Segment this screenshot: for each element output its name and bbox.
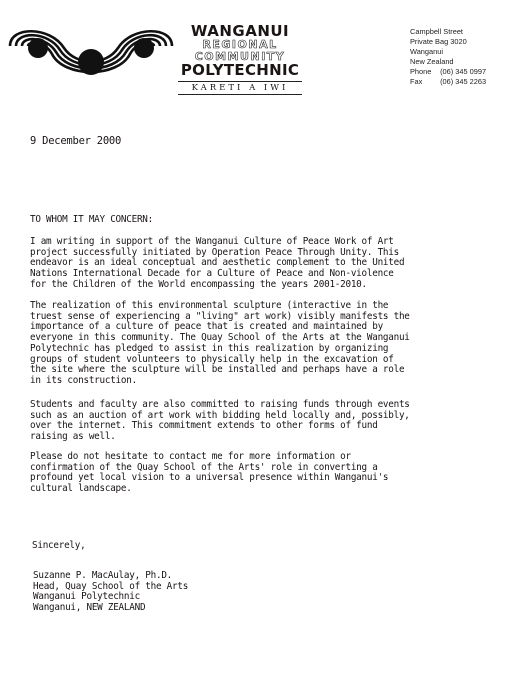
org-motto: KARETI A IWI [178,81,302,95]
address-country: New Zealand [410,57,486,67]
phone-row: Phone (06) 345 0997 [410,67,486,77]
signature-block: Suzanne P. MacAulay, Ph.D. Head, Quay Sc… [33,571,188,614]
org-name-polytechnic: POLYTECHNIC [178,63,302,78]
closing: Sincerely, [32,541,85,552]
body-paragraph-4: Please do not hesitate to contact me for… [30,452,388,495]
fax-row: Fax (06) 345 2263 [410,77,486,87]
fax-label: Fax [410,77,438,87]
body-paragraph-1: I am writing in support of the Wanganui … [30,237,404,291]
wave-rings-logo-icon [6,18,176,80]
body-paragraph-3: Students and faculty are also committed … [30,400,410,443]
letter-date: 9 December 2000 [30,136,121,147]
address-box: Private Bag 3020 [410,37,486,47]
address-block: Campbell Street Private Bag 3020 Wanganu… [410,27,486,87]
body-paragraph-2: The realization of this environmental sc… [30,301,410,387]
fax-number: (06) 345 2263 [440,77,486,86]
address-street: Campbell Street [410,27,486,37]
salutation: TO WHOM IT MAY CONCERN: [30,215,153,226]
org-name-block: WANGANUI REGIONAL COMMUNITY POLYTECHNIC … [178,24,302,95]
phone-number: (06) 345 0997 [440,67,486,76]
org-name-wanganui: WANGANUI [178,24,302,39]
phone-label: Phone [410,67,438,77]
address-city: Wanganui [410,47,486,57]
